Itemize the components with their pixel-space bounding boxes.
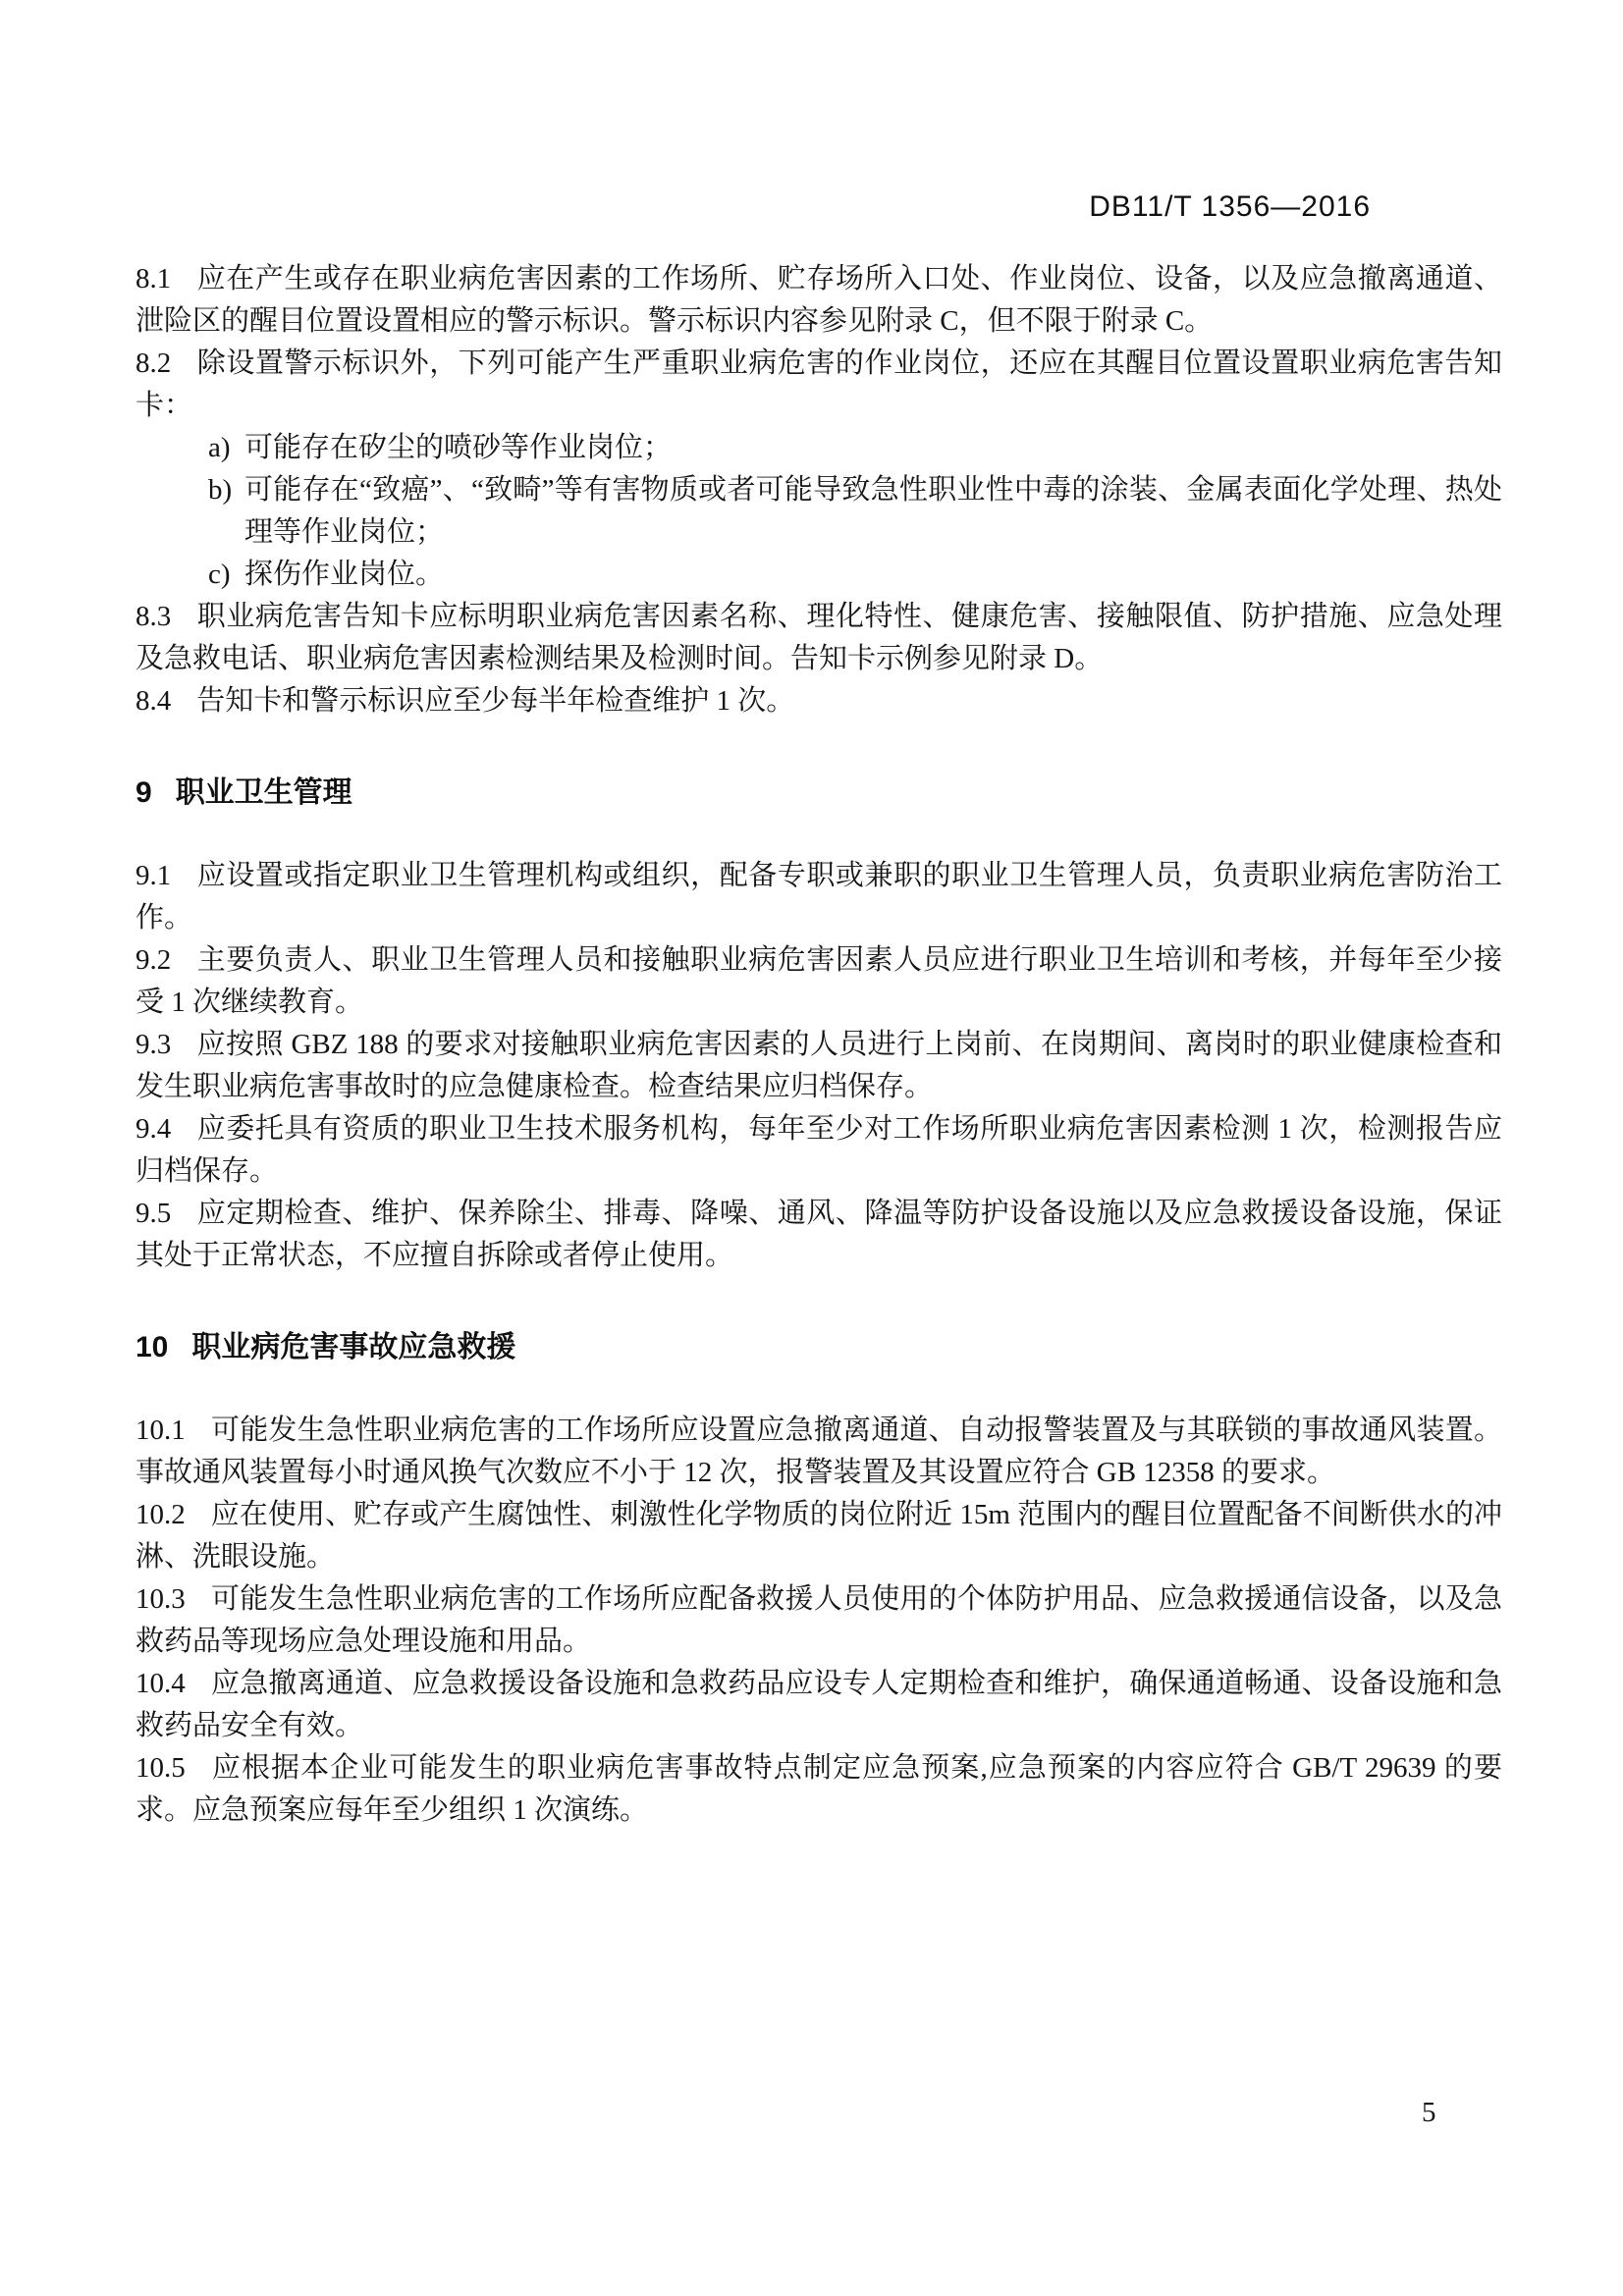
clause-10-3: 10.3可能发生急性职业病危害的工作场所应配备救援人员使用的个体防护用品、应急救…	[135, 1578, 1502, 1663]
clause-9-3: 9.3应按照 GBZ 188 的要求对接触职业病危害因素的人员进行上岗前、在岗期…	[135, 1024, 1502, 1108]
clause-number: 9.4	[135, 1108, 171, 1150]
page-number: 5	[1422, 2097, 1436, 2128]
standard-code: DB11/T 1356—2016	[1089, 190, 1371, 223]
clause-number: 10.2	[135, 1494, 186, 1536]
section-9-heading: 9职业卫生管理	[135, 772, 1502, 814]
clause-number: 8.3	[135, 596, 171, 638]
clause-text: 应急撤离通道、应急救援设备设施和急救药品应设专人定期检查和维护，确保通道畅通、设…	[135, 1668, 1502, 1741]
document-body: 8.1应在产生或存在职业病危害因素的工作场所、贮存场所入口处、作业岗位、设备，以…	[135, 258, 1502, 1832]
clause-text: 职业病危害告知卡应标明职业病危害因素名称、理化特性、健康危害、接触限值、防护措施…	[135, 601, 1502, 674]
section-title: 职业卫生管理	[176, 776, 352, 809]
clause-9-5: 9.5应定期检查、维护、保养除尘、排毒、降噪、通风、降温等防护设备设施以及应急救…	[135, 1193, 1502, 1277]
list-marker: c)	[208, 554, 231, 596]
clause-number: 8.2	[135, 343, 171, 385]
clause-8-3: 8.3职业病危害告知卡应标明职业病危害因素名称、理化特性、健康危害、接触限值、防…	[135, 596, 1502, 680]
clause-text: 应委托具有资质的职业卫生技术服务机构，每年至少对工作场所职业病危害因素检测 1 …	[135, 1113, 1502, 1187]
section-10-heading: 10职业病危害事故应急救援	[135, 1326, 1502, 1368]
clause-number: 10.3	[135, 1578, 186, 1621]
section-number: 9	[135, 772, 152, 814]
clause-text: 除设置警示标识外，下列可能产生严重职业病危害的作业岗位，还应在其醒目位置设置职业…	[135, 347, 1502, 421]
clause-10-5: 10.5应根据本企业可能发生的职业病危害事故特点制定应急预案,应急预案的内容应符…	[135, 1747, 1502, 1832]
clause-text: 告知卡和警示标识应至少每半年检查维护 1 次。	[196, 685, 794, 717]
list-item-text: 探伤作业岗位。	[244, 559, 444, 590]
page-header: DB11/T 1356—2016	[0, 190, 1371, 224]
list-marker: b)	[208, 469, 232, 511]
clause-9-4: 9.4应委托具有资质的职业卫生技术服务机构，每年至少对工作场所职业病危害因素检测…	[135, 1108, 1502, 1193]
page-footer: 5	[1422, 2097, 1436, 2129]
clause-text: 主要负责人、职业卫生管理人员和接触职业病危害因素人员应进行职业卫生培训和考核，并…	[135, 944, 1502, 1018]
clause-8-1: 8.1应在产生或存在职业病危害因素的工作场所、贮存场所入口处、作业岗位、设备，以…	[135, 258, 1502, 343]
list-item-a: a)可能存在矽尘的喷砂等作业岗位；	[135, 427, 1502, 469]
clause-number: 9.2	[135, 939, 171, 982]
clause-text: 应设置或指定职业卫生管理机构或组织，配备专职或兼职的职业卫生管理人员，负责职业病…	[135, 860, 1502, 934]
clause-10-2: 10.2应在使用、贮存或产生腐蚀性、刺激性化学物质的岗位附近 15m 范围内的醒…	[135, 1494, 1502, 1578]
clause-number: 9.5	[135, 1193, 171, 1235]
clause-text: 可能发生急性职业病危害的工作场所应配备救援人员使用的个体防护用品、应急救援通信设…	[135, 1583, 1502, 1657]
section-title: 职业病危害事故应急救援	[191, 1331, 515, 1363]
list-item-b: b)可能存在“致癌”、“致畸”等有害物质或者可能导致急性职业性中毒的涂装、金属表…	[135, 469, 1502, 554]
clause-number: 8.4	[135, 680, 171, 722]
clause-text: 应定期检查、维护、保养除尘、排毒、降噪、通风、降温等防护设备设施以及应急救援设备…	[135, 1198, 1502, 1271]
list-item-c: c)探伤作业岗位。	[135, 554, 1502, 596]
list-marker: a)	[208, 427, 231, 469]
clause-number: 10.5	[135, 1747, 186, 1789]
clause-number: 8.1	[135, 258, 171, 300]
clause-number: 9.3	[135, 1024, 171, 1066]
clause-number: 10.4	[135, 1663, 186, 1705]
list-item-text: 可能存在“致癌”、“致畸”等有害物质或者可能导致急性职业性中毒的涂装、金属表面化…	[244, 474, 1502, 548]
clause-text: 应在产生或存在职业病危害因素的工作场所、贮存场所入口处、作业岗位、设备，以及应急…	[135, 263, 1502, 337]
list-item-text: 可能存在矽尘的喷砂等作业岗位；	[244, 432, 672, 463]
clause-number: 10.1	[135, 1410, 186, 1452]
clause-text: 应根据本企业可能发生的职业病危害事故特点制定应急预案,应急预案的内容应符合 GB…	[135, 1752, 1502, 1826]
clause-text: 可能发生急性职业病危害的工作场所应设置应急撤离通道、自动报警装置及与其联锁的事故…	[135, 1415, 1502, 1488]
clause-10-1: 10.1可能发生急性职业病危害的工作场所应设置应急撤离通道、自动报警装置及与其联…	[135, 1410, 1502, 1494]
clause-text: 应在使用、贮存或产生腐蚀性、刺激性化学物质的岗位附近 15m 范围内的醒目位置配…	[135, 1499, 1502, 1573]
clause-text: 应按照 GBZ 188 的要求对接触职业病危害因素的人员进行上岗前、在岗期间、离…	[135, 1029, 1502, 1102]
clause-10-4: 10.4应急撤离通道、应急救援设备设施和急救药品应设专人定期检查和维护，确保通道…	[135, 1663, 1502, 1747]
clause-number: 9.1	[135, 855, 171, 897]
clause-8-4: 8.4告知卡和警示标识应至少每半年检查维护 1 次。	[135, 680, 1502, 722]
clause-8-2: 8.2除设置警示标识外，下列可能产生严重职业病危害的作业岗位，还应在其醒目位置设…	[135, 343, 1502, 427]
clause-9-2: 9.2主要负责人、职业卫生管理人员和接触职业病危害因素人员应进行职业卫生培训和考…	[135, 939, 1502, 1024]
clause-9-1: 9.1应设置或指定职业卫生管理机构或组织，配备专职或兼职的职业卫生管理人员，负责…	[135, 855, 1502, 939]
section-number: 10	[135, 1326, 168, 1368]
